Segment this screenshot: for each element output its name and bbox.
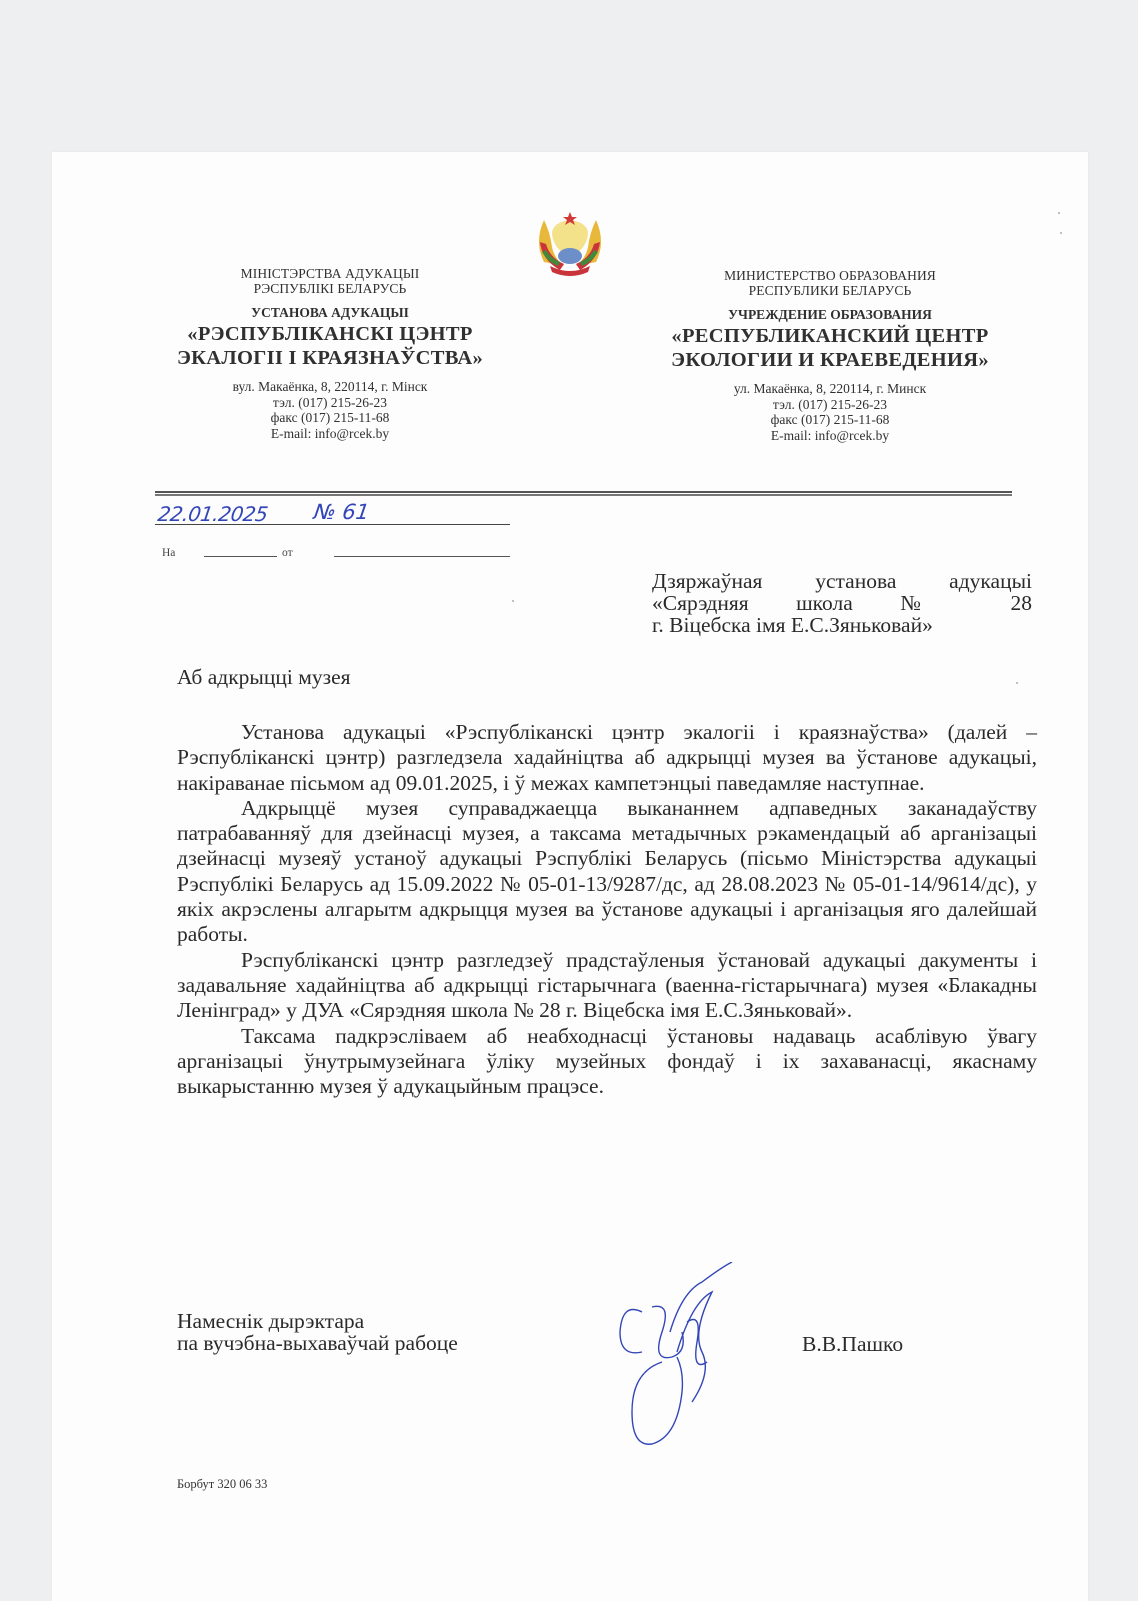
scan-speck: [512, 600, 514, 602]
institution-name-by: «РЭСПУБЛІКАНСКІ ЦЭНТР ЭКАЛОГІІ І КРАЯЗНА…: [150, 322, 510, 370]
reference-na-label: На: [162, 547, 175, 559]
letter-subject: Аб адкрыцці музея: [177, 665, 351, 690]
email: E-mail: info@rcek.by: [150, 426, 510, 442]
contacts-by: вул. Макаёнка, 8, 220114, г. Мінск тэл. …: [150, 379, 510, 441]
scan-speck: [1060, 232, 1062, 234]
ministry-name-ru: МИНИСТЕРСТВО ОБРАЗОВАНИЯ РЕСПУБЛИКИ БЕЛА…: [620, 268, 1040, 298]
body-paragraph: Рэспубліканскі цэнтр разгледзеў прадстаў…: [177, 948, 1037, 1024]
fax: факс (017) 215-11-68: [150, 410, 510, 426]
header-separator: [155, 491, 1012, 496]
contacts-ru: ул. Макаёнка, 8, 220114, г. Минск тэл. (…: [620, 381, 1040, 443]
executor-contact: Борбут 320 06 33: [177, 1477, 267, 1492]
body-paragraph: Таксама падкрэсліваем аб неабходнасці ўс…: [177, 1024, 1037, 1100]
letter-page: МІНІСТЭРСТВА АДУКАЦЫІ РЭСПУБЛІКІ БЕЛАРУС…: [52, 152, 1088, 1601]
registration-line: [155, 524, 510, 525]
signatory-name: В.В.Пашко: [802, 1332, 903, 1357]
scan-speck: [1058, 212, 1060, 214]
email: E-mail: info@rcek.by: [620, 428, 1040, 444]
phone: тэл. (017) 215-26-23: [620, 397, 1040, 413]
handwritten-signature-icon: [592, 1262, 742, 1452]
reference-date-line: [334, 556, 510, 557]
institution-name-ru: «РЕСПУБЛИКАНСКИЙ ЦЕНТР ЭКОЛОГИИ И КРАЕВЕ…: [620, 324, 1040, 372]
fax: факс (017) 215-11-68: [620, 412, 1040, 428]
registration-number: № 61: [312, 500, 371, 524]
letterhead-right: МИНИСТЕРСТВО ОБРАЗОВАНИЯ РЕСПУБЛИКИ БЕЛА…: [620, 268, 1040, 443]
reference-ot-label: от: [282, 547, 293, 559]
body-paragraph: Установа адукацыі «Рэспубліканскі цэнтр …: [177, 720, 1037, 796]
scan-speck: [1016, 682, 1018, 684]
address: ул. Макаёнка, 8, 220114, г. Минск: [620, 381, 1040, 397]
body-paragraph: Адкрыццё музея суправаджаецца выкананнем…: [177, 796, 1037, 948]
ministry-name-by: МІНІСТЭРСТВА АДУКАЦЫІ РЭСПУБЛІКІ БЕЛАРУС…: [150, 266, 510, 296]
letter-body: Установа адукацыі «Рэспубліканскі цэнтр …: [177, 720, 1037, 1099]
reference-number-line: [204, 556, 277, 557]
letterhead-left: МІНІСТЭРСТВА АДУКАЦЫІ РЭСПУБЛІКІ БЕЛАРУС…: [150, 266, 510, 441]
institution-type-ru: УЧРЕЖДЕНИЕ ОБРАЗОВАНИЯ: [620, 307, 1040, 322]
addressee: Дзяржаўная установа адукацыі «Сярэдняя ш…: [652, 570, 1032, 636]
institution-type-by: УСТАНОВА АДУКАЦЫІ: [150, 305, 510, 320]
phone: тэл. (017) 215-26-23: [150, 395, 510, 411]
signatory-position: Намеснік дырэктара па вучэбна-выхаваўчай…: [177, 1310, 458, 1354]
registration-date: 22.01.2025: [156, 502, 269, 526]
coat-of-arms-icon: [530, 202, 610, 282]
address: вул. Макаёнка, 8, 220114, г. Мінск: [150, 379, 510, 395]
